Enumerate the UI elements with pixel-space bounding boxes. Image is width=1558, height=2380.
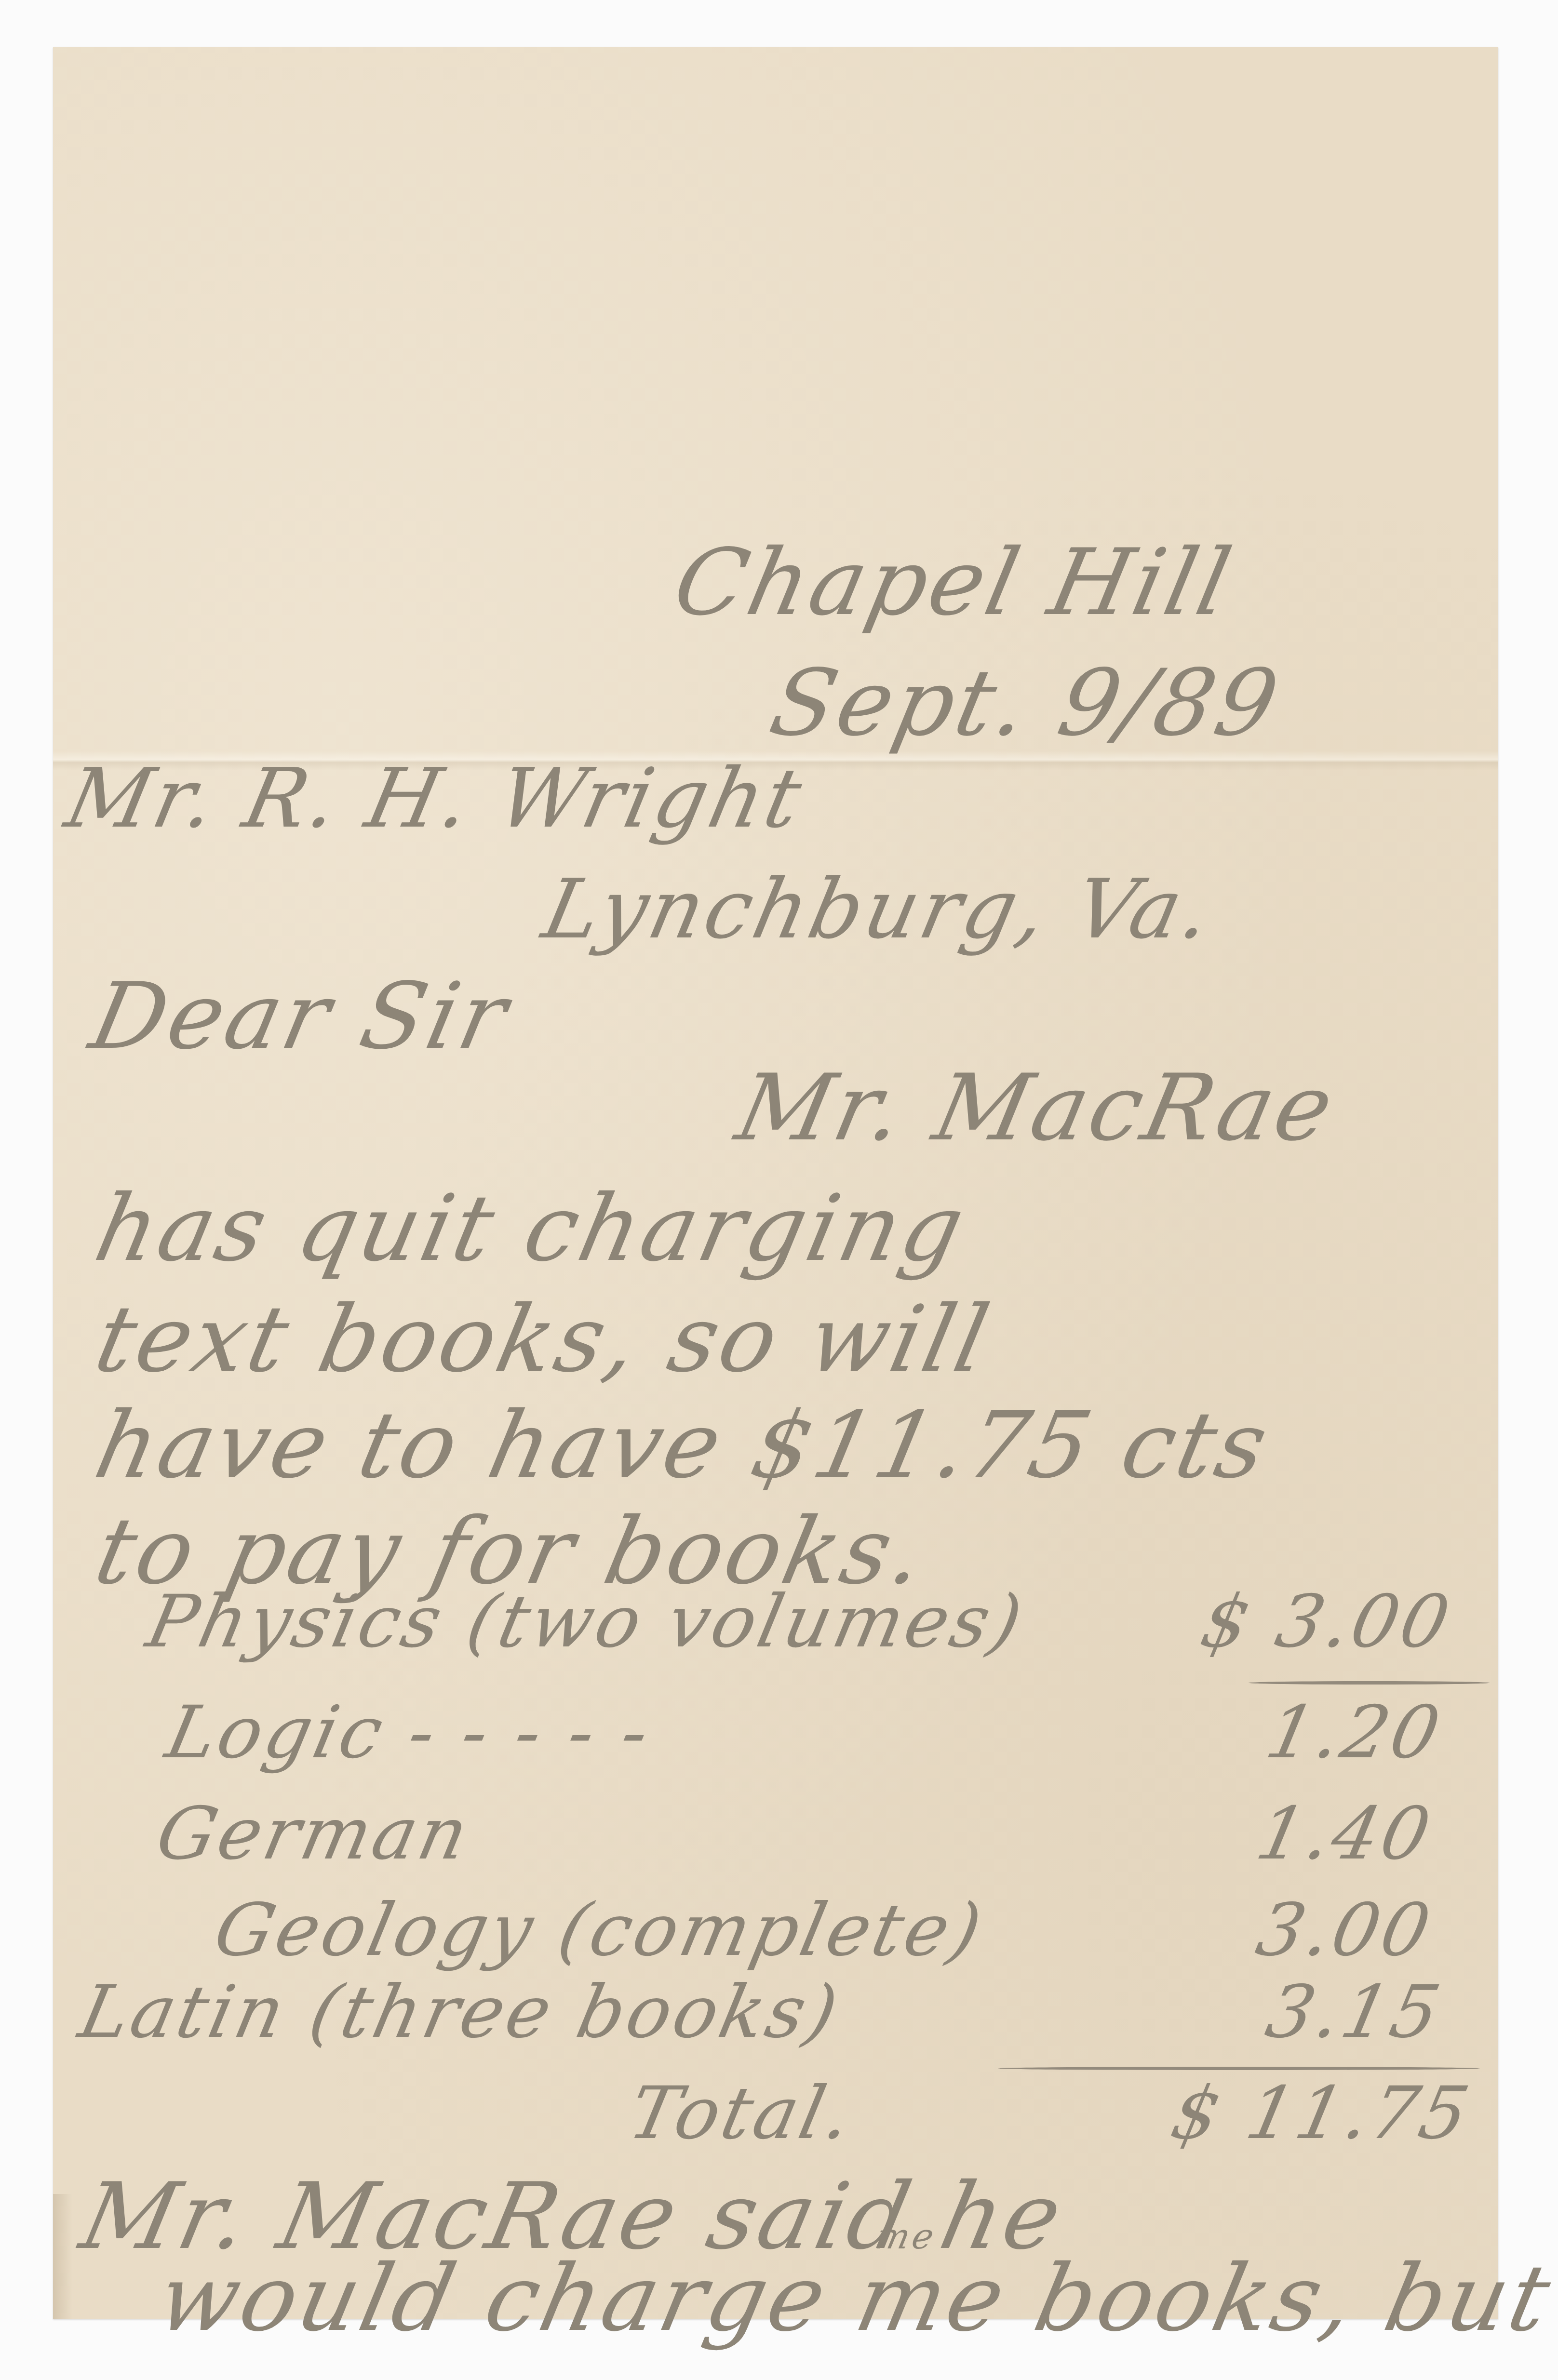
item-amount: 3.00 (1104, 1888, 1440, 1972)
item-label: Physics (two volumes) (140, 1580, 1032, 1664)
total-amount: $ 11.75 (1017, 2072, 1478, 2155)
item-label: Latin (three books) (72, 1970, 847, 2054)
item-label: Geology (complete) (207, 1888, 991, 1972)
item-amount: 1.20 (1104, 1691, 1450, 1775)
body-line-2: has quit charging (87, 1175, 975, 1282)
closing-line-2: would charge me books, but (149, 2245, 1558, 2352)
sum-underline (998, 2067, 1480, 2070)
item-amount: 3.15 (1104, 1970, 1450, 2054)
body-line-1: Mr. MacRae (728, 1055, 1345, 1161)
recipient-name: Mr. R. H. Wright (58, 751, 812, 846)
item-amount: 1.40 (1104, 1792, 1440, 1876)
recipient-location: Lynchburg, Va. (535, 862, 1222, 957)
item-label: Logic - - - - - (159, 1691, 659, 1775)
place-heading: Chapel Hill (665, 529, 1242, 636)
flourish-underline (1249, 1681, 1490, 1685)
letter-page: Chapel Hill Sept. 9/89 Mr. R. H. Wright … (53, 47, 1498, 2319)
edge-stain (53, 2194, 72, 2319)
item-amount: $ 3.00 (1104, 1580, 1459, 1664)
total-label: Total. (622, 2072, 861, 2155)
body-line-3: text books, so will (87, 1286, 1000, 1392)
item-label: German (149, 1792, 478, 1876)
salutation: Dear Sir (82, 963, 519, 1070)
date-heading: Sept. 9/89 (762, 650, 1289, 756)
body-line-4: have to have $11.75 cts (87, 1392, 1279, 1498)
